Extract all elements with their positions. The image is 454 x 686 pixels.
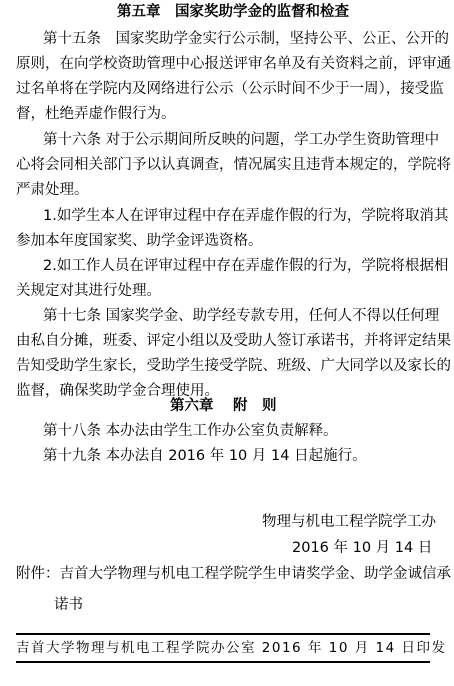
article16-line1: 第十六条 对于公示期间所反映的问题，学工办学生资助管理中	[43, 130, 439, 150]
article17-line3: 告知受助学生家长，受助学生接受学院、班级、广大同学以及家长的	[16, 356, 451, 376]
clause1-line2: 参加本年度国家奖、助学金评选资格。	[16, 231, 263, 251]
article15-line1: 第十五条 国家奖助学金实行公示制，坚持公平、公正、公开的	[43, 29, 449, 49]
clause1-line1: 1.如学生本人在评审过程中存在弄虚作假的行为，学院将取消其	[43, 206, 448, 226]
article15-line3: 过名单将在学院内及网络进行公示（公示时间不少于一周），接受监	[16, 79, 444, 99]
signature-date: 2016 年 10 月 14 日	[292, 538, 432, 558]
signature-org: 物理与机电工程学院学工办	[262, 512, 436, 532]
chapter6-title: 第六章 附 则	[170, 396, 277, 416]
article15-line2: 原则，在向学校资助管理中心报送评审名单及有关资料之前，评审通	[16, 54, 451, 74]
article17-line2: 由私自分摊，班委、评定小组以及受助人签订承诺书，并将评定结果	[16, 331, 451, 351]
article16-line3: 严肃处理。	[16, 180, 89, 200]
article19: 第十九条 本办法自 2016 年 10 月 14 日起施行。	[43, 446, 367, 466]
footer-top-rule	[16, 633, 430, 635]
footer-bottom-rule	[16, 661, 430, 663]
article18: 第十八条 本办法由学生工作办公室负责解释。	[43, 421, 338, 441]
chapter5-title: 第五章 国家奖助学金的监督和检查	[117, 2, 349, 22]
clause2-line1: 2.如工作人员在评审过程中存在弄虚作假的行为，学院将根据相	[43, 256, 448, 276]
article17-line1: 第十七条 国家奖学金、助学经专款专用，任何人不得以任何理	[43, 306, 439, 326]
article15-line4: 督，杜绝弄虚作假行为。	[16, 104, 176, 124]
attachment-line2: 诺书	[54, 595, 83, 615]
article16-line2: 心将会同相关部门予以认真调查，情况属实且违背本规定的，学院将	[16, 155, 451, 175]
attachment-line1: 附件：吉首大学物理与机电工程学院学生申请奖学金、助学金诚信承	[16, 564, 451, 584]
footer-issuer: 吉首大学物理与机电工程学院办公室 2016 年 10 月 14 日印发	[16, 638, 430, 658]
clause2-line2: 关规定对其进行处理。	[16, 281, 161, 301]
